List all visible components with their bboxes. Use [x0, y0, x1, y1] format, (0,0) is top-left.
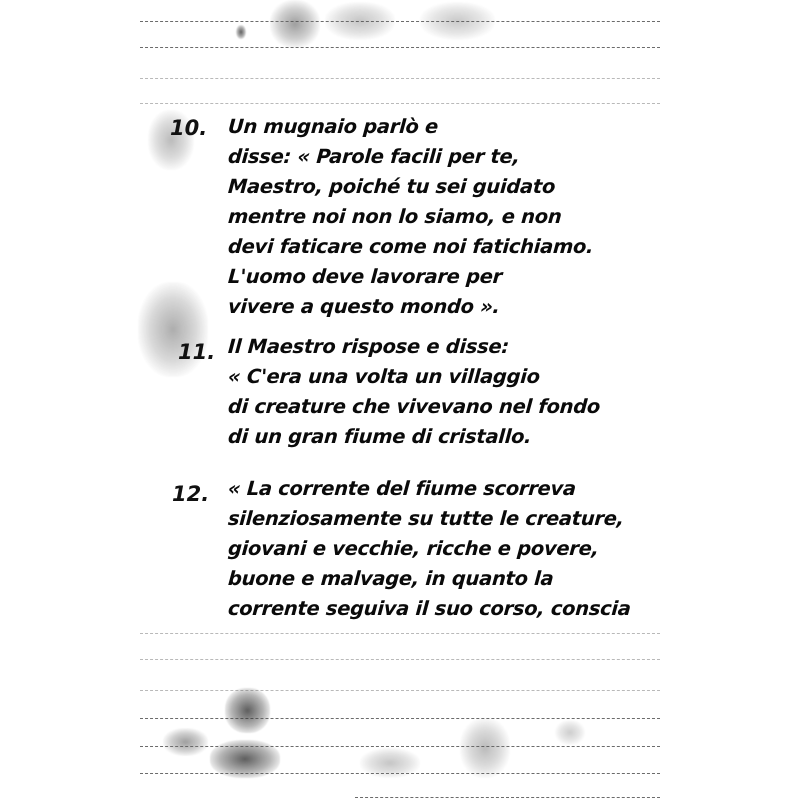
text-line: « La corrente del fiume scorreva [227, 474, 632, 504]
ruled-line [355, 797, 660, 798]
ruled-line [140, 103, 660, 104]
text-line: mentre noi non lo siamo, e non [227, 202, 594, 232]
text-line: di un gran fiume di cristallo. [227, 422, 601, 452]
ink-smudge [555, 720, 585, 745]
text-line: « C'era una volta un villaggio [227, 362, 601, 392]
text-line: devi faticare come noi fatichiamo. [227, 232, 594, 262]
ink-smudge [325, 2, 395, 40]
text-line: L'uomo deve lavorare per [227, 262, 594, 292]
paragraph-number: 10. [170, 116, 207, 140]
ink-smudge [270, 0, 320, 48]
ruled-line [140, 47, 660, 48]
text-line: silenziosamente su tutte le creature, [227, 504, 632, 534]
text-line: di creature che vivevano nel fondo [227, 392, 601, 422]
text-line: corrente seguiva il suo corso, conscia [227, 594, 632, 624]
ink-smudge [163, 728, 208, 756]
ruled-line [140, 21, 660, 22]
ink-smudge [360, 748, 420, 778]
paragraph-10: Un mugnaio parlò e disse: « Parole facil… [228, 112, 593, 322]
ink-smudge [460, 718, 510, 778]
ruled-line [140, 659, 660, 660]
paragraph-11: Il Maestro rispose e disse: « C'era una … [228, 332, 600, 452]
text-line: Il Maestro rispose e disse: [227, 332, 601, 362]
ruled-line [140, 78, 660, 79]
text-line: Maestro, poiché tu sei guidato [227, 172, 594, 202]
paragraph-12: « La corrente del fiume scorreva silenzi… [228, 474, 631, 624]
scanned-page: 10. Un mugnaio parlò e disse: « Parole f… [0, 0, 800, 800]
ink-smudge [225, 688, 270, 733]
text-line: giovani e vecchie, ricche e povere, [227, 534, 632, 564]
ink-smudge [236, 25, 246, 39]
paragraph-number: 12. [172, 482, 209, 506]
text-line: disse: « Parole facili per te, [227, 142, 594, 172]
ruled-line [140, 690, 660, 691]
ink-smudge [210, 740, 280, 778]
ink-smudge [420, 2, 495, 40]
ruled-line [140, 718, 660, 719]
paragraph-number: 11. [178, 340, 215, 364]
text-line: Un mugnaio parlò e [227, 112, 594, 142]
text-line: vivere a questo mondo ». [227, 292, 594, 322]
text-line: buone e malvage, in quanto la [227, 564, 632, 594]
ruled-line [140, 633, 660, 634]
